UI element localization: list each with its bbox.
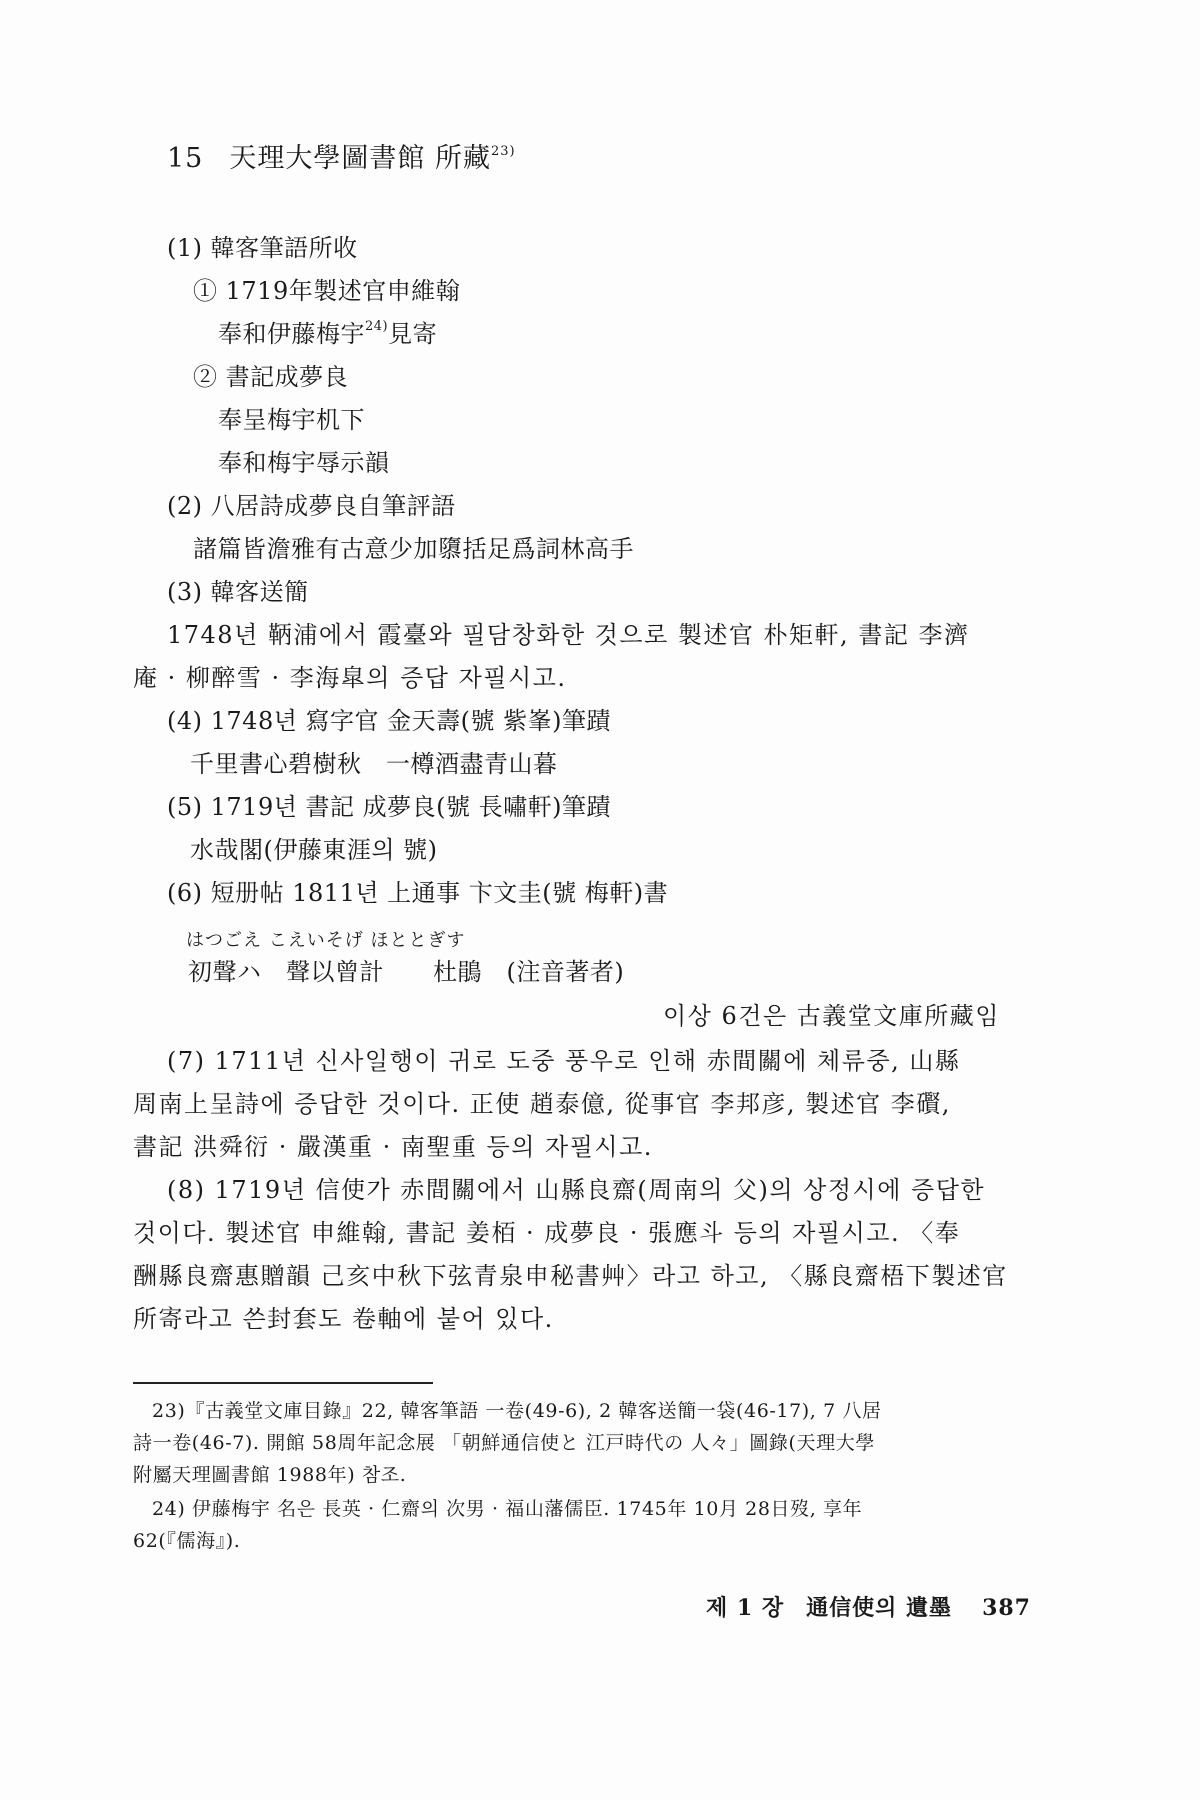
item-6-ruby: はつごえ こえいそげ ほととぎす — [186, 926, 465, 952]
circled-marker: ① — [193, 277, 218, 305]
running-footer: 제 1 장通信使의 遺墨387 — [706, 1591, 1031, 1622]
item-7-body-line: 書記 洪舜衍 · 嚴漢重 · 南聖重 등의 자필시고. — [133, 1127, 653, 1162]
footnote-23-line: 詩一卷(46-7). 開館 58周年記念展 「朝鮮通信使と 江戸時代の 人々」圖… — [133, 1428, 875, 1455]
item-4: (4) 1748년 寫字官 金天壽(號 紫峯)筆蹟 — [167, 701, 611, 736]
section-number: 15 — [167, 143, 203, 174]
item-text: 見寄 — [388, 320, 437, 348]
item-5: (5) 1719년 書記 成夢良(號 長嘯軒)筆蹟 — [167, 787, 611, 822]
circled-marker: ② — [193, 363, 218, 391]
item-text: 1719年製述官申維翰 — [226, 277, 461, 305]
chapter-title: 通信使의 遺墨 — [806, 1595, 952, 1621]
item-text: 韓客筆語所收 — [211, 234, 358, 262]
item-3-body-line: 1748년 鞆浦에서 霞臺와 필담창화한 것으로 製述官 朴矩軒, 書記 李濟 — [167, 615, 969, 650]
item-text: 奉和伊藤梅宇 — [218, 320, 365, 348]
book-page: 15天理大學圖書館 所藏23) (1) 韓客筆語所收 ① 1719年製述官申維翰… — [0, 0, 1200, 1800]
item-text: 1719년 書記 成夢良(號 長嘯軒)筆蹟 — [211, 793, 611, 821]
item-1-b: ② 書記成夢良 — [193, 357, 348, 392]
item-6-sub: 初聲ハ 聲以曾計 杜鵑 (注音著者) — [188, 952, 624, 987]
footnote-24-line: 24) 伊藤梅宇 名은 長英 · 仁齋의 次男 · 福山藩儒臣. 1745年 1… — [152, 1494, 862, 1521]
footnote-23-line: 附屬天理圖書館 1988年) 참조. — [133, 1460, 406, 1487]
summary-line: 이상 6건은 古義堂文庫所藏임 — [663, 996, 1000, 1031]
footnote-ref-23[interactable]: 23) — [491, 144, 516, 159]
item-label: (5) — [167, 793, 203, 821]
item-1-a: ① 1719年製述官申維翰 — [193, 271, 460, 306]
chapter-label: 제 1 장 — [706, 1595, 784, 1621]
item-2: (2) 八居詩成夢良自筆評語 — [167, 486, 456, 521]
item-text: 韓客送簡 — [211, 578, 309, 606]
item-label: (6) — [167, 879, 203, 907]
item-label: (1) — [167, 234, 203, 262]
item-3: (3) 韓客送簡 — [167, 572, 309, 607]
item-7-body-line: 周南上呈詩에 증답한 것이다. 正使 趙泰億, 從事官 李邦彦, 製述官 李礥, — [133, 1084, 951, 1119]
item-8-body-line: (8) 1719년 信使가 赤間關에서 山縣良齋(周南의 父)의 상정시에 증답… — [167, 1170, 985, 1205]
item-text: 短册帖 1811년 上通事 卞文圭(號 梅軒)書 — [211, 879, 669, 907]
page-number: 387 — [982, 1595, 1031, 1621]
item-label: (3) — [167, 578, 203, 606]
item-6: (6) 短册帖 1811년 上通事 卞文圭(號 梅軒)書 — [167, 873, 668, 908]
item-1-b-sub-1: 奉呈梅宇机下 — [218, 400, 365, 435]
item-label: (2) — [167, 492, 203, 520]
item-7-body-line: (7) 1711년 신사일행이 귀로 도중 풍우로 인해 赤間關에 체류중, 山… — [167, 1041, 960, 1076]
item-1: (1) 韓客筆語所收 — [167, 228, 358, 263]
item-text: 1748년 寫字官 金天壽(號 紫峯)筆蹟 — [211, 707, 611, 735]
item-2-sub: 諸篇皆澹雅有古意少加隳括足爲詞林高手 — [193, 529, 634, 564]
item-4-sub: 千里書心碧樹秋 一樽酒盡青山暮 — [190, 744, 558, 779]
item-8-body-line: 것이다. 製述官 申維翰, 書記 姜栢 · 成夢良 · 張應斗 등의 자필시고.… — [133, 1213, 960, 1248]
footnote-divider — [133, 1382, 433, 1384]
item-3-body-line: 庵 · 柳醉雪 · 李海皐의 증답 자필시고. — [133, 658, 566, 693]
footnote-24-line: 62(『儒海』). — [133, 1526, 240, 1553]
item-text: 八居詩成夢良自筆評語 — [211, 492, 456, 520]
section-title: 天理大學圖書館 所藏 — [229, 143, 491, 174]
footnote-ref-24[interactable]: 24) — [365, 319, 388, 334]
footnote-23-line: 23)『古義堂文庫目錄』22, 韓客筆語 一卷(49-6), 2 韓客送簡一袋(… — [152, 1396, 882, 1423]
item-8-body-line: 酬縣良齋惠贈韻 己亥中秋下弦青泉申秘書艸〉라고 하고, 〈縣良齋梧下製述官 — [133, 1256, 1008, 1291]
section-heading: 15天理大學圖書館 所藏23) — [167, 136, 516, 175]
item-1-b-sub-2: 奉和梅宇辱示韻 — [218, 443, 390, 478]
item-text: 書記成夢良 — [226, 363, 349, 391]
item-1-a-sub: 奉和伊藤梅宇24)見寄 — [218, 314, 437, 349]
item-8-body-line: 所寄라고 쓴封套도 卷軸에 붙어 있다. — [133, 1299, 554, 1334]
item-label: (4) — [167, 707, 203, 735]
item-5-sub: 水哉閣(伊藤東涯의 號) — [190, 830, 438, 865]
